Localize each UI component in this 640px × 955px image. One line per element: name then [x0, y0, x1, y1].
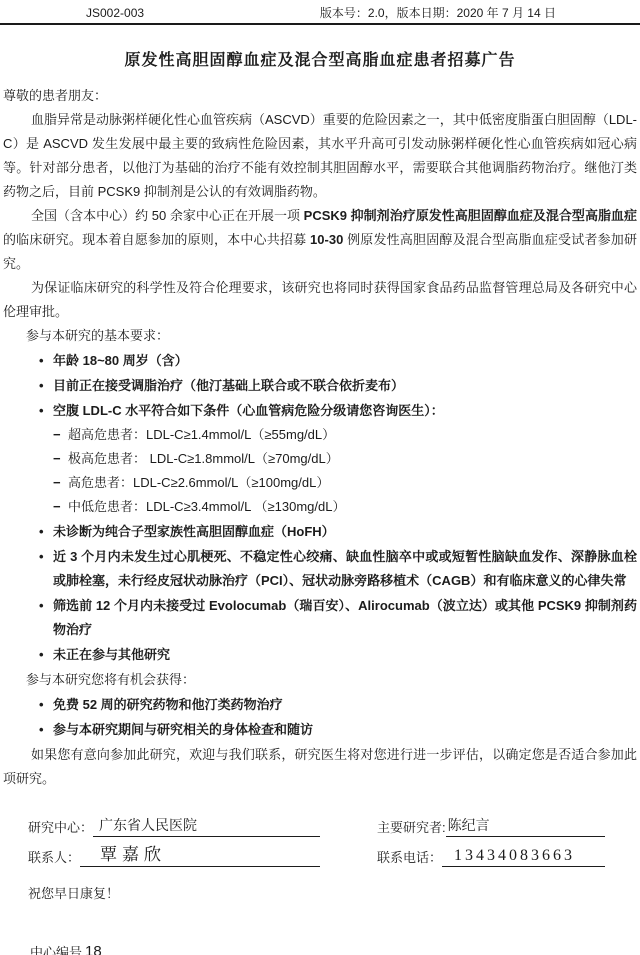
requirement-ldl: 空腹 LDL-C 水平符合如下条件（心血管病危险分级请您咨询医生）： [53, 403, 444, 418]
version-info: 版本号：2.0，版本日期：2020 年 7 月 14 日 [320, 6, 556, 21]
center-number-field: 中心编号 18 [30, 942, 640, 955]
requirements-heading: 参与本研究的基本要求： [26, 324, 637, 348]
requirement-no-other-study: 未正在参与其他研究 [53, 647, 170, 662]
contact-phone-label: 联系电话： [377, 847, 442, 867]
requirement-no-prior-pcsk9: 筛选前 12 个月内未接受过 Evolocumab（瑞百安）、Alirocuma… [53, 598, 637, 637]
ldl-criterion-high: 高危患者：LDL-C≥2.6mmol/L（≥100mg/dL） [68, 475, 329, 490]
center-number-value: 18 [82, 943, 126, 955]
salutation: 尊敬的患者朋友： [3, 84, 637, 108]
list-item: 筛选前 12 个月内未接受过 Evolocumab（瑞百安）、Alirocuma… [3, 594, 637, 642]
ethics-paragraph: 为保证临床研究的科学性及符合伦理要求，该研究也将同时获得国家食品药品监督管理总局… [3, 276, 637, 324]
study-site-label: 研究中心： [28, 817, 93, 837]
document-body: 尊敬的患者朋友： 血脂异常是动脉粥样硬化性心血管疾病（ASCVD）重要的危险因素… [3, 84, 637, 791]
header-divider [0, 23, 640, 25]
requirements-list: 年龄 18~80 周岁（含） 目前正在接受调脂治疗（他汀基础上联合或不联合依折麦… [3, 349, 637, 667]
benefits-heading: 参与本研究您将有机会获得： [26, 668, 637, 692]
list-item: 未正在参与其他研究 [3, 643, 637, 667]
requirement-therapy: 目前正在接受调脂治疗（他汀基础上联合或不联合依折麦布） [53, 378, 404, 393]
list-item: 年龄 18~80 周岁（含） [3, 349, 637, 373]
closing-paragraph: 如果您有意向参加此研究，欢迎与我们联系，研究医生将对您进行进一步评估，以确定您是… [3, 743, 637, 791]
list-item: 空腹 LDL-C 水平符合如下条件（心血管病危险分级请您咨询医生）： 超高危患者… [3, 399, 637, 519]
study-name-bold: PCSK9 抑制剂治疗原发性高胆固醇血症及混合型高脂血症 [304, 208, 637, 223]
principal-investigator-field: 主要研究者: 陈纪言 [377, 815, 605, 837]
intro-paragraph-1: 血脂异常是动脉粥样硬化性心血管疾病（ASCVD）重要的危险因素之一，其中低密度脂… [3, 108, 637, 204]
enrollment-text: 的临床研究。现本着自愿参加的原则，本中心共招募 [3, 232, 310, 247]
intro-paragraph-2: 全国（含本中心）约 50 余家中心正在开展一项 PCSK9 抑制剂治疗原发性高胆… [3, 204, 637, 276]
ldl-criterion-very-high: 极高危患者： LDL-C≥1.8mmol/L（≥70mg/dL） [68, 451, 339, 466]
requirement-no-cardiac-events: 近 3 个月内未发生过心肌梗死、不稳定性心绞痛、缺血性脑卒中或或短暂性脑缺血发作… [53, 549, 637, 588]
center-number-label: 中心编号 [30, 942, 82, 955]
benefit-checkups: 参与本研究期间与研究相关的身体检查和随访 [53, 722, 313, 737]
document-header: JS002-003 版本号：2.0，版本日期：2020 年 7 月 14 日 [0, 0, 640, 21]
list-item: 近 3 个月内未发生过心肌梗死、不稳定性心绞痛、缺血性脑卒中或或短暂性脑缺血发作… [3, 545, 637, 593]
list-item: 中低危患者：LDL-C≥3.4mmol/L （≥130mg/dL） [53, 495, 637, 519]
contact-form: 研究中心： 广东省人民医院 主要研究者: 陈纪言 联系人： 覃嘉欣 联系电话： … [3, 807, 637, 867]
list-item: 高危患者：LDL-C≥2.6mmol/L（≥100mg/dL） [53, 471, 637, 495]
document-code: JS002-003 [86, 6, 144, 21]
principal-investigator-label: 主要研究者: [377, 817, 446, 837]
ethics-paragraph-text: 为保证临床研究的科学性及符合伦理要求，该研究也将同时获得国家食品药品监督管理总局… [3, 280, 637, 319]
study-scale-text: 全国（含本中心）约 50 余家中心正在开展一项 [31, 208, 304, 223]
intro-paragraph-1-text: 血脂异常是动脉粥样硬化性心血管疾病（ASCVD）重要的危险因素之一，其中低密度脂… [3, 112, 637, 199]
study-site-field: 研究中心： 广东省人民医院 [28, 815, 320, 837]
page-title: 原发性高胆固醇血症及混合型高脂血症患者招募广告 [0, 47, 640, 70]
contact-person-value: 覃嘉欣 [80, 840, 320, 867]
enrollment-count-bold: 10-30 [310, 232, 343, 247]
ldl-criterion-ultra-high: 超高危患者：LDL-C≥1.4mmol/L（≥55mg/dL） [68, 427, 335, 442]
ldl-criteria-list: 超高危患者：LDL-C≥1.4mmol/L（≥55mg/dL） 极高危患者： L… [53, 423, 637, 519]
contact-phone-value: 13434083663 [442, 847, 605, 867]
form-row-1: 研究中心： 广东省人民医院 主要研究者: 陈纪言 [3, 807, 637, 837]
benefits-list: 免费 52 周的研究药物和他汀类药物治疗 参与本研究期间与研究相关的身体检查和随… [3, 693, 637, 742]
list-item: 极高危患者： LDL-C≥1.8mmol/L（≥70mg/dL） [53, 447, 637, 471]
study-site-value: 广东省人民医院 [93, 815, 320, 837]
requirement-no-hofh: 未诊断为纯合子型家族性高胆固醇血症（HoFH） [53, 524, 335, 539]
closing-paragraph-text: 如果您有意向参加此研究，欢迎与我们联系，研究医生将对您进行进一步评估，以确定您是… [3, 747, 637, 786]
ldl-criterion-mid-low: 中低危患者：LDL-C≥3.4mmol/L （≥130mg/dL） [68, 499, 345, 514]
requirement-age: 年龄 18~80 周岁（含） [53, 353, 188, 368]
contact-person-field: 联系人： 覃嘉欣 [28, 840, 320, 867]
principal-investigator-value: 陈纪言 [446, 815, 605, 837]
farewell-text: 祝您早日康复！ [28, 883, 640, 902]
benefit-free-medication: 免费 52 周的研究药物和他汀类药物治疗 [53, 697, 283, 712]
list-item: 参与本研究期间与研究相关的身体检查和随访 [3, 718, 637, 742]
list-item: 目前正在接受调脂治疗（他汀基础上联合或不联合依折麦布） [3, 374, 637, 398]
list-item: 超高危患者：LDL-C≥1.4mmol/L（≥55mg/dL） [53, 423, 637, 447]
form-row-2: 联系人： 覃嘉欣 联系电话： 13434083663 [3, 837, 637, 867]
contact-person-label: 联系人： [28, 847, 80, 867]
contact-phone-field: 联系电话： 13434083663 [377, 847, 605, 867]
list-item: 免费 52 周的研究药物和他汀类药物治疗 [3, 693, 637, 717]
list-item: 未诊断为纯合子型家族性高胆固醇血症（HoFH） [3, 520, 637, 544]
